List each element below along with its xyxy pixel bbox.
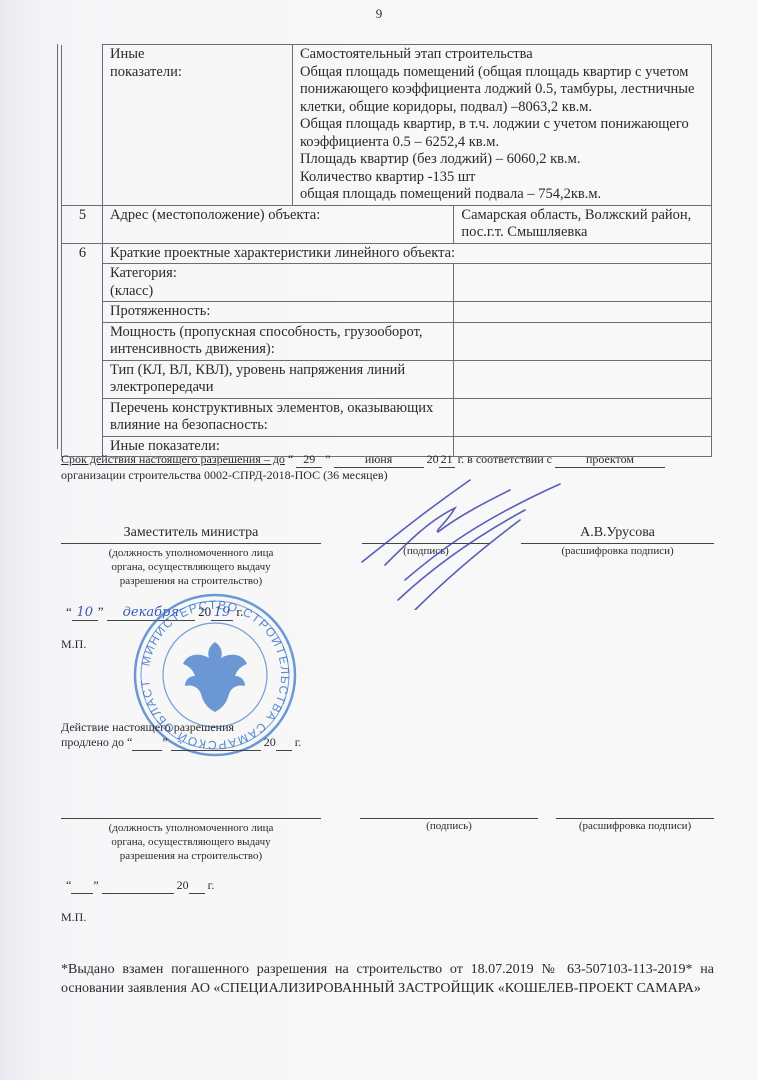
position-caption: (должность уполномоченного лица органа, … (91, 546, 291, 588)
power-line-type-value (454, 360, 712, 398)
linear-object-title: Краткие проектные характеристики линейно… (103, 243, 712, 264)
extension-date: “ ” 20 г. (66, 878, 214, 894)
other-indicators-value: Самостоятельный этап строительства Общая… (293, 45, 712, 206)
extension-year-prefix: 20 (264, 735, 276, 749)
category-label: Категория:(класс) (103, 264, 454, 302)
seal-place-label: М.П. (61, 637, 86, 652)
table-row-length: Протяженность: (62, 302, 712, 323)
permit-table: Иныепоказатели: Самостоятельный этап стр… (61, 44, 712, 457)
extension-signature-block: (подпись) (360, 800, 538, 833)
validity-prefix: Срок действия настоящего разрешения – до (61, 452, 285, 466)
other-indicators-label: Иныепоказатели: (103, 45, 293, 206)
category-value (454, 264, 712, 302)
signatory-position: Заместитель министра (61, 525, 321, 544)
structural-elements-value (454, 398, 712, 436)
length-value (454, 302, 712, 323)
extension-seal-place-label: М.П. (61, 910, 86, 925)
table-row-capacity: Мощность (пропускная способность, грузоо… (62, 322, 712, 360)
structural-elements-label: Перечень конструктивных элементов, оказы… (103, 398, 454, 436)
extension-date-day[interactable] (71, 878, 93, 894)
signature-icon (360, 470, 570, 610)
extension-date-month[interactable] (102, 878, 174, 894)
address-value: Самарская область, Волжский район, пос.г… (454, 205, 712, 243)
extension-position-block: (должность уполномоченного лица органа, … (61, 800, 321, 863)
indicator-line: Площадь квартир (без лоджий) – 6060,2 кв… (300, 151, 705, 169)
left-margin-line (57, 44, 58, 449)
address-label: Адрес (местоположение) объекта: (103, 205, 454, 243)
length-label: Протяженность: (103, 302, 454, 323)
validity-basis: проектом (555, 452, 665, 468)
extension-name-block: (расшифровка подписи) (556, 800, 714, 833)
power-line-type-label: Тип (КЛ, ВЛ, КВЛ), уровень напряжения ли… (103, 360, 454, 398)
page-number: 9 (0, 6, 758, 22)
validity-year-prefix: 20 (427, 452, 439, 466)
table-row-structural-elements: Перечень конструктивных элементов, оказы… (62, 398, 712, 436)
extension-day-field[interactable] (132, 735, 162, 751)
extension-date-year-prefix: 20 (177, 878, 189, 892)
extension-block: Действие настоящего разрешения продлено … (61, 720, 301, 751)
name-caption: (расшифровка подписи) (556, 819, 714, 833)
signatory-position-block: Заместитель министра (должность уполномо… (61, 525, 321, 588)
indicator-line: общая площадь помещений подвала – 754,2к… (300, 186, 705, 204)
validity-year: 21 (439, 452, 455, 468)
extension-month-field[interactable] (171, 735, 261, 751)
table-row-linear-header: 6 Краткие проектные характеристики линей… (62, 243, 712, 264)
indicator-line: Общая площадь квартир, в т.ч. лоджии с у… (300, 116, 705, 151)
validity-month: июня (334, 452, 424, 468)
year-label: г. (295, 735, 302, 749)
validity-mid: г. в соответствии с (458, 452, 552, 466)
issue-day: 10 (72, 605, 98, 621)
extension-date-year[interactable] (189, 878, 205, 894)
table-row-address: 5 Адрес (местоположение) объекта: Самарс… (62, 205, 712, 243)
year-label: г. (208, 878, 215, 892)
footnote: *Выдано взамен погашенного разрешения на… (61, 960, 714, 998)
validity-day: 29 (296, 452, 322, 468)
indicator-line: Общая площадь помещений (общая площадь к… (300, 64, 705, 117)
table-row-category: Категория:(класс) (62, 264, 712, 302)
capacity-label: Мощность (пропускная способность, грузоо… (103, 322, 454, 360)
row-number: 5 (62, 205, 103, 243)
table-row-power-line-type: Тип (КЛ, ВЛ, КВЛ), уровень напряжения ли… (62, 360, 712, 398)
extension-line1: Действие настоящего разрешения (61, 720, 301, 735)
position-caption: (должность уполномоченного лица органа, … (91, 821, 291, 863)
row-number-empty (62, 45, 103, 206)
extension-year-field[interactable] (276, 735, 292, 751)
extension-prefix: продлено до (61, 735, 124, 749)
indicator-line: Количество квартир -135 шт (300, 169, 705, 187)
signature-caption: (подпись) (360, 819, 538, 833)
capacity-value (454, 322, 712, 360)
table-row-other-indicators: Иныепоказатели: Самостоятельный этап стр… (62, 45, 712, 206)
indicator-line: Самостоятельный этап строительства (300, 46, 705, 64)
row-number: 6 (62, 243, 103, 457)
